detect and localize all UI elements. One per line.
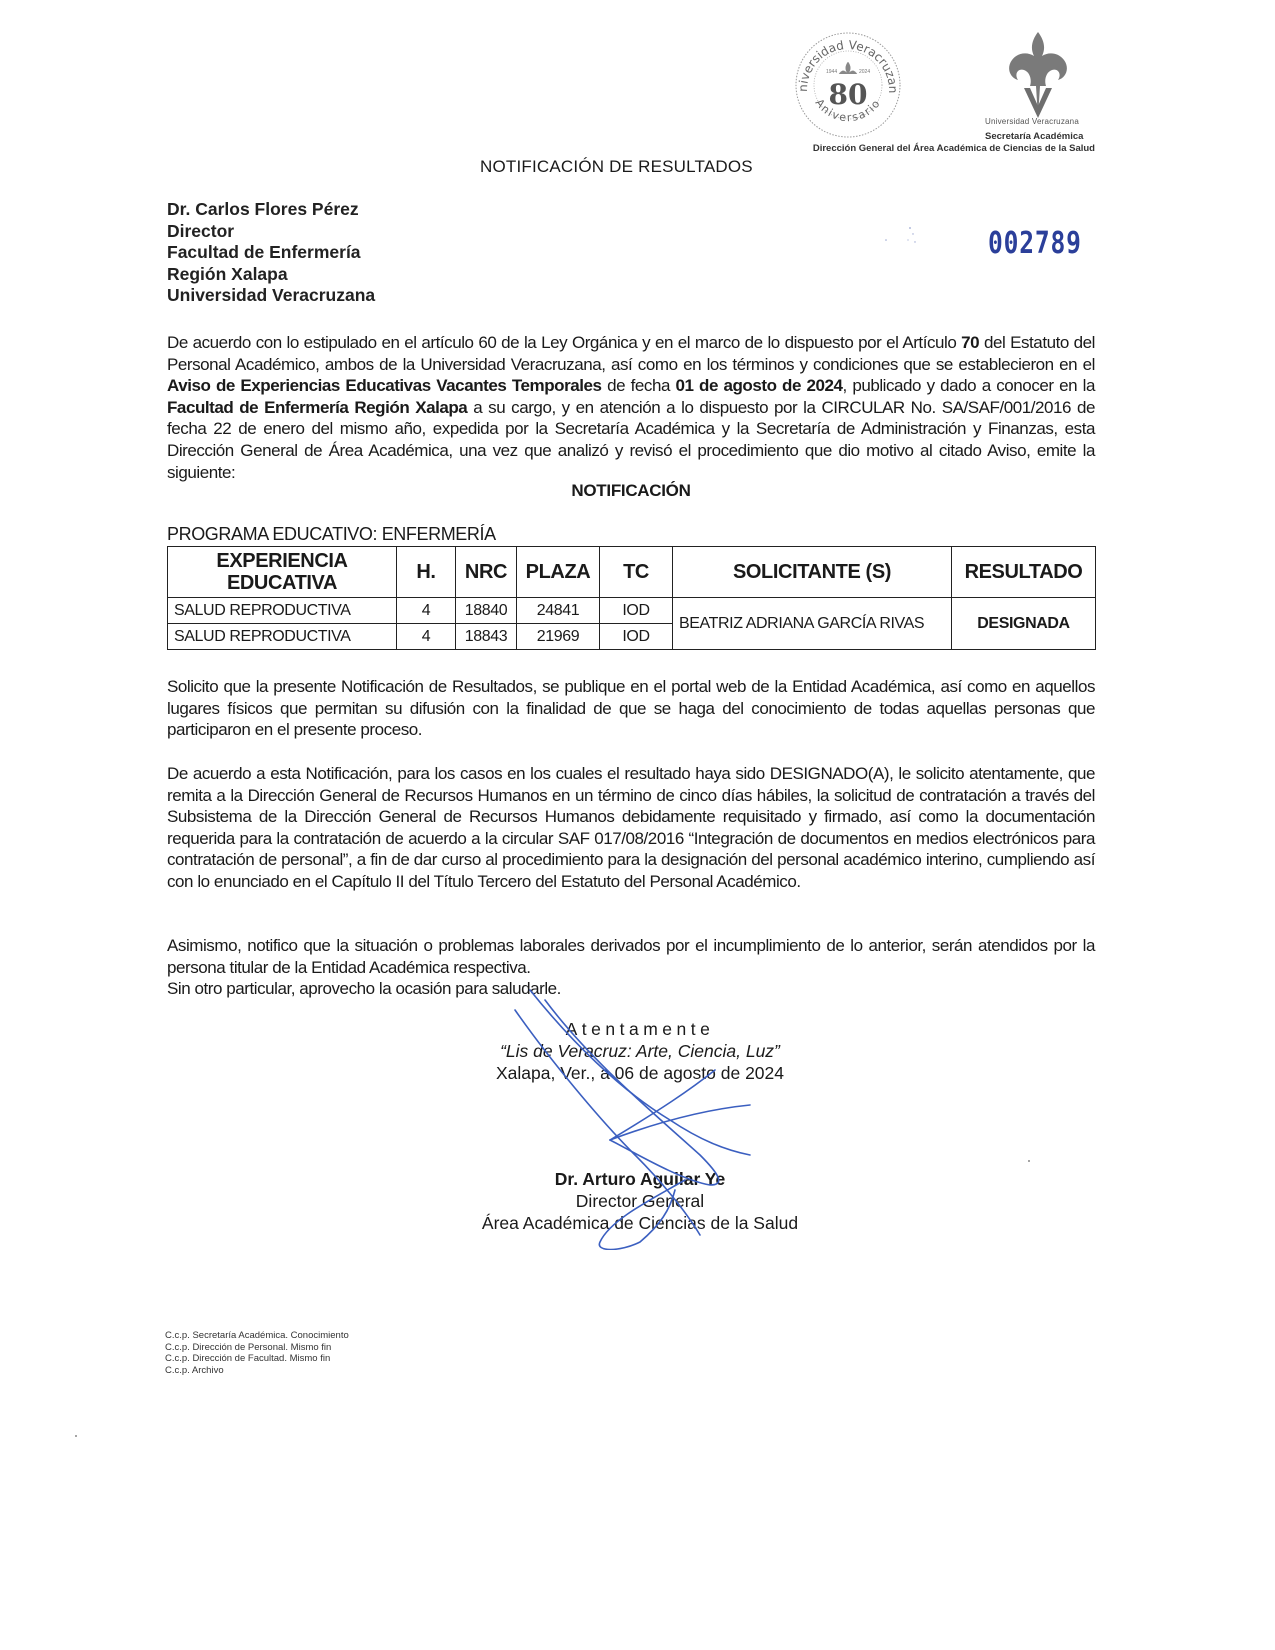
anniversary-seal-icon: Universidad Veracruzana Aniversario 1944… <box>793 30 903 140</box>
secretaria-label: Secretaría Académica <box>985 131 1083 142</box>
cell-nrc: 18843 <box>456 624 517 650</box>
bold-run: Facultad de Enfermería Región Xalapa <box>167 398 467 417</box>
header-plaza: PLAZA <box>517 547 600 598</box>
notification-heading: NOTIFICACIÓN <box>167 481 1095 501</box>
addressee-block: Dr. Carlos Flores PérezDirectorFacultad … <box>167 199 375 307</box>
document-title: NOTIFICACIÓN DE RESULTADOS <box>480 157 753 177</box>
header-tc: TC <box>600 547 673 598</box>
university-name: Universidad Veracruzana <box>985 117 1079 126</box>
header-h: H. <box>397 547 456 598</box>
header-nrc: NRC <box>456 547 517 598</box>
cc-line: C.c.p. Dirección de Facultad. Mismo fin <box>165 1353 349 1365</box>
cc-line: C.c.p. Secretaría Académica. Conocimient… <box>165 1330 349 1342</box>
addressee-line: Dr. Carlos Flores Pérez <box>167 199 375 221</box>
stamp-speckle <box>880 222 940 252</box>
bold-run: 01 de agosto de 2024 <box>675 376 842 395</box>
addressee-line: Universidad Veracruzana <box>167 285 375 307</box>
cell-h: 4 <box>397 624 456 650</box>
cc-list: C.c.p. Secretaría Académica. Conocimient… <box>165 1330 349 1376</box>
cell-resultado: DESIGNADA <box>952 598 1096 650</box>
header-solicitante: SOLICITANTE (S) <box>673 547 952 598</box>
cell-experiencia: SALUD REPRODUCTIVA <box>168 598 397 624</box>
header-experiencia: EXPERIENCIA EDUCATIVA <box>168 547 397 598</box>
designation-paragraph: De acuerdo a esta Notificación, para los… <box>167 763 1095 893</box>
direccion-label: Dirección General del Área Académica de … <box>787 143 1095 154</box>
signer-title: Director General <box>440 1191 840 1213</box>
cc-line: C.c.p. Archivo <box>165 1365 349 1377</box>
scan-speck <box>75 1435 77 1437</box>
place-date: Xalapa, Ver., a 06 de agosto de 2024 <box>440 1063 840 1085</box>
cell-tc: IOD <box>600 598 673 624</box>
table-row: SALUD REPRODUCTIVA 4 18840 24841 IOD BEA… <box>168 598 1096 624</box>
table-header-row: EXPERIENCIA EDUCATIVA H. NRC PLAZA TC SO… <box>168 547 1096 598</box>
cell-plaza: 21969 <box>517 624 600 650</box>
bold-run: Aviso de Experiencias Educativas Vacante… <box>167 376 602 395</box>
intro-paragraph: De acuerdo con lo estipulado en el artíc… <box>167 332 1095 483</box>
cell-h: 4 <box>397 598 456 624</box>
labor-issues-paragraph: Asimismo, notifico que la situación o pr… <box>167 935 1095 978</box>
program-label: PROGRAMA EDUCATIVO: ENFERMERÍA <box>167 524 496 545</box>
addressee-line: Región Xalapa <box>167 264 375 286</box>
cell-experiencia: SALUD REPRODUCTIVA <box>168 624 397 650</box>
addressee-line: Facultad de Enfermería <box>167 242 375 264</box>
header-resultado: RESULTADO <box>952 547 1096 598</box>
text-run: de fecha <box>602 376 676 395</box>
fleur-de-lis-icon <box>1000 30 1076 120</box>
cell-plaza: 24841 <box>517 598 600 624</box>
svg-text:1944: 1944 <box>826 69 837 75</box>
cc-line: C.c.p. Dirección de Personal. Mismo fin <box>165 1342 349 1354</box>
closing-motto: “Lis de Veracruz: Arte, Ciencia, Luz” <box>440 1041 840 1063</box>
signer-area: Área Académica de Ciencias de la Salud <box>440 1213 840 1235</box>
publication-paragraph: Solicito que la presente Notificación de… <box>167 676 1095 741</box>
results-table: EXPERIENCIA EDUCATIVA H. NRC PLAZA TC SO… <box>167 546 1096 650</box>
closing-atentamente: Atentamente <box>440 1019 840 1041</box>
text-run: , publicado y dado a conocer en la <box>843 376 1095 395</box>
cell-solicitante: BEATRIZ ADRIANA GARCÍA RIVAS <box>673 598 952 650</box>
text-run: De acuerdo con lo estipulado en el artíc… <box>167 333 961 352</box>
scan-speck <box>1028 1160 1030 1162</box>
addressee-line: Director <box>167 221 375 243</box>
cell-tc: IOD <box>600 624 673 650</box>
bold-run: 70 <box>961 333 979 352</box>
greeting-paragraph: Sin otro particular, aprovecho la ocasió… <box>167 978 1095 1000</box>
svg-text:2024: 2024 <box>859 69 870 75</box>
svg-text:80: 80 <box>829 78 868 111</box>
cell-nrc: 18840 <box>456 598 517 624</box>
signer-name: Dr. Arturo Aguilar Ye <box>440 1169 840 1191</box>
folio-stamp: 002789 <box>988 226 1082 261</box>
